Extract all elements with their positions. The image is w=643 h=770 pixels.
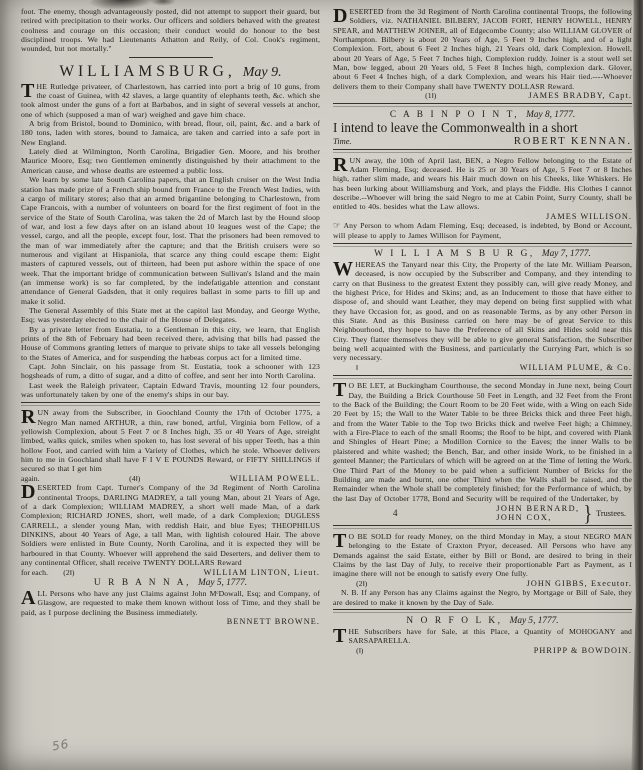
signature-left-text: (2‖) (333, 579, 367, 589)
trustees-signature: 4JOHN BERNARD,JOHN COX,}Trustees. (333, 504, 632, 523)
signature-name: WILLIAM POWELL. (230, 474, 320, 484)
article-paragraph: foot. The enemy, though advantageously p… (21, 7, 320, 54)
trustees-label: Trustees. (596, 509, 632, 519)
notice-line: I intend to leave the Commonwealth in a … (333, 121, 632, 135)
article-paragraph: A brig from Bristol, bound to Dominico, … (21, 119, 320, 147)
article-paragraph: ☞ Any Person to whom Adam Fleming, Esq; … (333, 221, 632, 240)
signature-name: JAMES WILLISON. (546, 212, 632, 222)
drop-cap: T (333, 381, 348, 399)
drop-cap: D (21, 483, 38, 501)
signature-name: WILLIAM PLUME, & Co. (520, 363, 632, 373)
article-paragraph: TO BE SOLD for ready Money, on the third… (333, 532, 632, 579)
signature-line: JAMES WILLISON. (333, 212, 632, 222)
column-rule (21, 402, 320, 406)
column-rule (333, 375, 632, 379)
insertion-mark: (1‖) (333, 91, 528, 101)
notice-line-2: Time.ROBERT KENNAN. (333, 136, 632, 147)
dateline-date: May 8, 1777. (526, 110, 575, 120)
signature-name: JOHN BERNARD, (496, 504, 579, 514)
section-dateline: N O R F O L K,May 5, 1777. (333, 616, 632, 626)
left-column: foot. The enemy, though advantageously p… (21, 7, 320, 627)
article-paragraph: TO BE LET, at Buckingham Courthouse, the… (333, 381, 632, 502)
insertion-mark: 4 (333, 509, 398, 519)
signature-line: for each. (2‖)WILLIAM LINTON, Lieut. (21, 568, 320, 578)
dateline-date: May 5, 1777. (198, 578, 247, 588)
dateline-place: N O R F O L K, (406, 616, 502, 626)
signature-line: again.(4‖)WILLIAM POWELL. (21, 474, 320, 484)
notice-continuation: Time. (333, 136, 352, 146)
article-paragraph: DESERTED from the 3d Regiment of North C… (333, 7, 632, 91)
section-dateline: C A B I N P O I N T,May 8, 1777. (333, 110, 632, 120)
dateline-date: May 5, 1777. (510, 616, 559, 626)
column-rule (333, 609, 632, 613)
signature-line: (2‖)JOHN GIBBS, Executor. (333, 579, 632, 589)
dateline-place: C A B I N P O I N T, (390, 110, 519, 120)
article-paragraph: By a private letter from Eustatia, to a … (21, 325, 320, 362)
signature-name: WILLIAM LINTON, Lieut. (204, 568, 320, 578)
article-paragraph: RUN away, the 10th of April last, BEN, a… (333, 156, 632, 212)
section-dateline: U R B A N N A,May 5, 1777. (21, 578, 320, 588)
article-paragraph: We learn by some late South Carolina pap… (21, 175, 320, 306)
column-rule (333, 149, 632, 153)
column-rule (129, 57, 213, 60)
drop-cap: R (333, 156, 350, 174)
dateline-date: May 7, 1777. (542, 249, 591, 259)
article-paragraph: Capt. John Sinclair, on his passage from… (21, 362, 320, 381)
article-paragraph: DESERTED from Capt. Turner's Company of … (21, 483, 320, 567)
signature-name: ROBERT KENNAN. (514, 136, 632, 147)
signature-line: (‖)PHRIPP & BOWDOIN. (333, 646, 632, 656)
ink-smudge (150, 0, 176, 6)
trustee-names: JOHN BERNARD,JOHN COX, (496, 504, 579, 523)
signature-left-text: again. (21, 474, 40, 484)
drop-cap: A (21, 589, 38, 607)
newspaper-page: foot. The enemy, though advantageously p… (0, 0, 643, 770)
article-paragraph: The General Assembly of this State met a… (21, 306, 320, 325)
drop-cap: D (333, 7, 350, 25)
article-paragraph: RUN away from the Subscriber, in Goochla… (21, 408, 320, 473)
article-paragraph: ALL Persons who have any just Claims aga… (21, 589, 320, 617)
article-paragraph: Last week the Raleigh privateer, Captain… (21, 381, 320, 400)
signature-left-text: ‖ (333, 363, 358, 373)
brace-glyph: } (583, 507, 592, 519)
article-paragraph: THE Rutledge privateer, of Charlestown, … (21, 82, 320, 119)
drop-cap: W (333, 260, 355, 278)
section-dateline: W I L L I A M S B U R G,May 7, 1777. (333, 249, 632, 259)
signature-name: JOHN GIBBS, Executor. (527, 579, 632, 589)
column-rule (333, 525, 632, 529)
dateline-place: WILLIAMSBURG, (59, 63, 235, 81)
column-rule (333, 243, 632, 247)
section-dateline: WILLIAMSBURG,May 9. (21, 63, 320, 81)
signature-name: BENNETT BROWNE. (227, 617, 320, 627)
article-paragraph: WHEREAS the Tanyard near this City, the … (333, 260, 632, 363)
signature-line: ‖WILLIAM PLUME, & Co. (333, 363, 632, 373)
drop-cap: T (21, 82, 36, 100)
signature-left-text: for each. (2‖) (21, 568, 74, 578)
signature-name: JAMES BRADBY, Capt. (528, 91, 632, 101)
drop-cap: R (21, 408, 38, 426)
dateline-place: W I L L I A M S B U R G, (374, 249, 535, 259)
column-rule (333, 103, 632, 107)
drop-cap: T (333, 627, 348, 645)
pointing-hand-icon: ☞ (333, 220, 341, 230)
article-paragraph: Lately died at Wilmington, North Carolin… (21, 147, 320, 175)
article-paragraph: N. B. If any Person has any Claims again… (333, 588, 632, 607)
signature-name: JOHN COX, (496, 513, 579, 523)
dateline-date: May 9. (243, 65, 282, 81)
article-paragraph: THE Subscribers have for Sale, at this P… (333, 627, 632, 646)
right-column: DESERTED from the 3d Regiment of North C… (333, 7, 632, 655)
dateline-place: U R B A N N A, (94, 578, 191, 588)
signature-name: PHRIPP & BOWDOIN. (534, 646, 632, 656)
signature-left-text: (‖) (333, 646, 363, 656)
signature-line: (1‖)JAMES BRADBY, Capt. (333, 91, 632, 101)
signature-line: BENNETT BROWNE. (21, 617, 320, 627)
drop-cap: T (333, 532, 348, 550)
insertion-mark: (4‖) (40, 474, 230, 484)
handwritten-page-number: 56 (51, 737, 70, 754)
